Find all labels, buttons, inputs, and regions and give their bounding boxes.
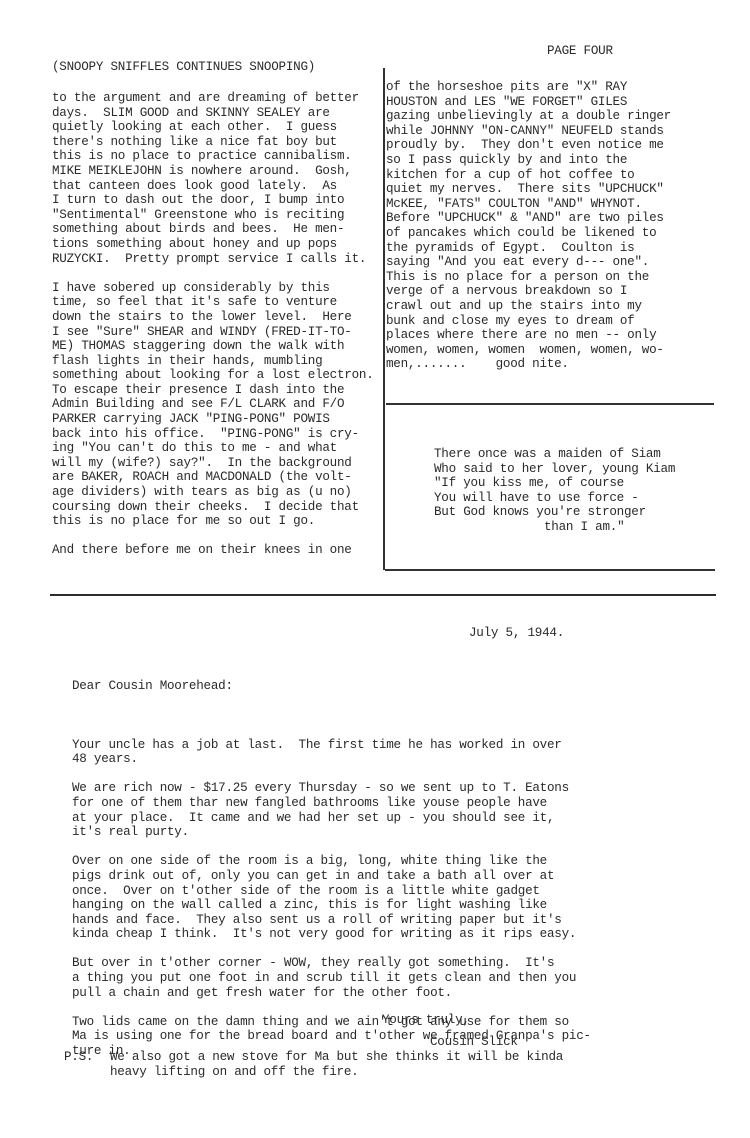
text-line: to the argument and are dreaming of bett… xyxy=(52,91,374,106)
newsletter-page: PAGE FOUR (SNOOPY SNIFFLES CONTINUES SNO… xyxy=(0,0,750,1138)
poem-line: "If you kiss me, of course xyxy=(434,476,675,491)
text-line: verge of a nervous breakdown so I xyxy=(386,284,671,299)
text-line: We are rich now - $17.25 every Thursday … xyxy=(72,781,591,796)
text-line: kinda cheap I think. It's not very good … xyxy=(72,927,591,942)
ps-line: heavy lifting on and off the fire. xyxy=(110,1065,563,1080)
letter-paragraph: We are rich now - $17.25 every Thursday … xyxy=(72,781,591,839)
letter-paragraph: Your uncle has a job at last. The first … xyxy=(72,738,591,767)
text-line: hands and face. They also sent us a roll… xyxy=(72,913,591,928)
text-line: crawl out and up the stairs into my xyxy=(386,299,671,314)
poem-line: But God knows you're stronger xyxy=(434,505,675,520)
column-divider xyxy=(383,68,385,570)
poem-line: Who said to her lover, young Kiam xyxy=(434,462,675,477)
text-line: "Sentimental" Greenstone who is reciting xyxy=(52,208,374,223)
text-line: HOUSTON and LES "WE FORGET" GILES xyxy=(386,95,671,110)
text-line: hanging on the wall called a zinc, this … xyxy=(72,898,591,913)
text-line: something about looking for a lost elect… xyxy=(52,368,374,383)
letter-date: July 5, 1944. xyxy=(469,626,564,641)
text-line: I see "Sure" SHEAR and WINDY (FRED-IT-TO… xyxy=(52,325,374,340)
ps-line: We also got a new stove for Ma but she t… xyxy=(110,1050,563,1065)
text-line: saying "And you eat every d--- one". xyxy=(386,255,671,270)
text-line: the pyramids of Egypt. Coulton is xyxy=(386,241,671,256)
poem-line: You will have to use force - xyxy=(434,491,675,506)
text-line: Admin Building and see F/L CLARK and F/O xyxy=(52,397,374,412)
text-line: there's nothing like a nice fat boy but xyxy=(52,135,374,150)
text-line: 48 years. xyxy=(72,752,591,767)
text-line: proudly by. They don't even notice me xyxy=(386,138,671,153)
text-line: ME) THOMAS staggering down the walk with xyxy=(52,339,374,354)
left-column: to the argument and are dreaming of bett… xyxy=(52,91,374,573)
text-line: I turn to dash out the door, I bump into xyxy=(52,193,374,208)
text-line: MIKE MEIKLEJOHN is nowhere around. Gosh, xyxy=(52,164,374,179)
letter-closing: Yours truly, xyxy=(382,1013,470,1028)
text-line: Your uncle has a job at last. The first … xyxy=(72,738,591,753)
letter-salutation: Dear Cousin Moorehead: xyxy=(72,679,591,694)
letter-paragraph: But over in t'other corner - WOW, they r… xyxy=(72,956,591,1000)
text-line: RUZYCKI. Pretty prompt service I calls i… xyxy=(52,252,374,267)
text-line: so I pass quickly by and into the xyxy=(386,153,671,168)
text-line: quiet my nerves. There sits "UPCHUCK" xyxy=(386,182,671,197)
page-number: PAGE FOUR xyxy=(547,44,613,59)
section-rule xyxy=(50,594,716,596)
limerick: There once was a maiden of SiamWho said … xyxy=(434,447,675,535)
column-heading: (SNOOPY SNIFFLES CONTINUES SNOOPING) xyxy=(52,60,315,75)
right-column-separator xyxy=(386,403,714,405)
left-paragraph: And there before me on their knees in on… xyxy=(52,543,374,558)
text-line: bunk and close my eyes to dream of xyxy=(386,314,671,329)
text-line: places where there are no men -- only xyxy=(386,328,671,343)
text-line: pigs drink out of, only you can get in a… xyxy=(72,869,591,884)
left-paragraph: to the argument and are dreaming of bett… xyxy=(52,91,374,266)
text-line: age dividers) with tears as big as (u no… xyxy=(52,485,374,500)
text-line: it's real purty. xyxy=(72,825,591,840)
text-line: flash lights in their hands, mumbling xyxy=(52,354,374,369)
text-line: And there before me on their knees in on… xyxy=(52,543,374,558)
text-line: To escape their presence I dash into the xyxy=(52,383,374,398)
text-line: kitchen for a cup of hot coffee to xyxy=(386,168,671,183)
text-line: this is no place for me so out I go. xyxy=(52,514,374,529)
text-line: while JOHNNY "ON-CANNY" NEUFELD stands xyxy=(386,124,671,139)
text-line: once. Over on t'other side of the room i… xyxy=(72,884,591,899)
text-line: Before "UPCHUCK" & "AND" are two piles xyxy=(386,211,671,226)
text-line: will my (wife?) say?". In the background xyxy=(52,456,374,471)
text-line: But over in t'other corner - WOW, they r… xyxy=(72,956,591,971)
text-line: men,....... good nite. xyxy=(386,357,671,372)
text-line: days. SLIM GOOD and SKINNY SEALEY are xyxy=(52,106,374,121)
left-paragraph: I have sobered up considerably by thisti… xyxy=(52,281,374,529)
text-line: ing "You can't do this to me - and what xyxy=(52,441,374,456)
letter-paragraph: Over on one side of the room is a big, l… xyxy=(72,854,591,942)
text-line: something about birds and bees. He men- xyxy=(52,222,374,237)
poem-line: than I am." xyxy=(434,520,675,535)
text-line: for one of them thar new fangled bathroo… xyxy=(72,796,591,811)
text-line: are BAKER, ROACH and MACDONALD (the volt… xyxy=(52,470,374,485)
poem-line: There once was a maiden of Siam xyxy=(434,447,675,462)
text-line: women, women, women women, women, wo- xyxy=(386,343,671,358)
letter-body: Dear Cousin Moorehead: Your uncle has a … xyxy=(72,650,591,1073)
text-line: I have sobered up considerably by this xyxy=(52,281,374,296)
text-line: time, so feel that it's safe to venture xyxy=(52,295,374,310)
text-line: of the horseshoe pits are "X" RAY xyxy=(386,80,671,95)
text-line: at your place. It came and we had her se… xyxy=(72,811,591,826)
text-line: tions something about honey and up pops xyxy=(52,237,374,252)
text-line: Over on one side of the room is a big, l… xyxy=(72,854,591,869)
box-bottom-border xyxy=(385,569,715,571)
text-line: pull a chain and get fresh water for the… xyxy=(72,986,591,1001)
text-line: This is no place for a person on the xyxy=(386,270,671,285)
text-line: PARKER carrying JACK "PING-PONG" POWIS xyxy=(52,412,374,427)
text-line: of pancakes which could be likened to xyxy=(386,226,671,241)
text-line: back into his office. "PING-PONG" is cry… xyxy=(52,427,374,442)
letter-signature: Cousin Slick xyxy=(430,1035,518,1050)
right-column: of the horseshoe pits are "X" RAYHOUSTON… xyxy=(386,80,671,372)
text-line: Two lids came on the damn thing and we a… xyxy=(72,1015,591,1030)
text-line: McKEE, "FATS" COULTON "AND" WHYNOT. xyxy=(386,197,671,212)
text-line: this is no place to practice cannibalism… xyxy=(52,149,374,164)
text-line: gazing unbelievingly at a double ringer xyxy=(386,109,671,124)
text-line: down the stairs to the lower level. Here xyxy=(52,310,374,325)
text-line: quietly looking at each other. I guess xyxy=(52,120,374,135)
text-line: a thing you put one foot in and scrub ti… xyxy=(72,971,591,986)
text-line: coursing down their cheeks. I decide tha… xyxy=(52,500,374,515)
ps-label: P.S. xyxy=(64,1050,93,1065)
ps-text: We also got a new stove for Ma but she t… xyxy=(110,1050,563,1079)
text-line: that canteen does look good lately. As xyxy=(52,179,374,194)
